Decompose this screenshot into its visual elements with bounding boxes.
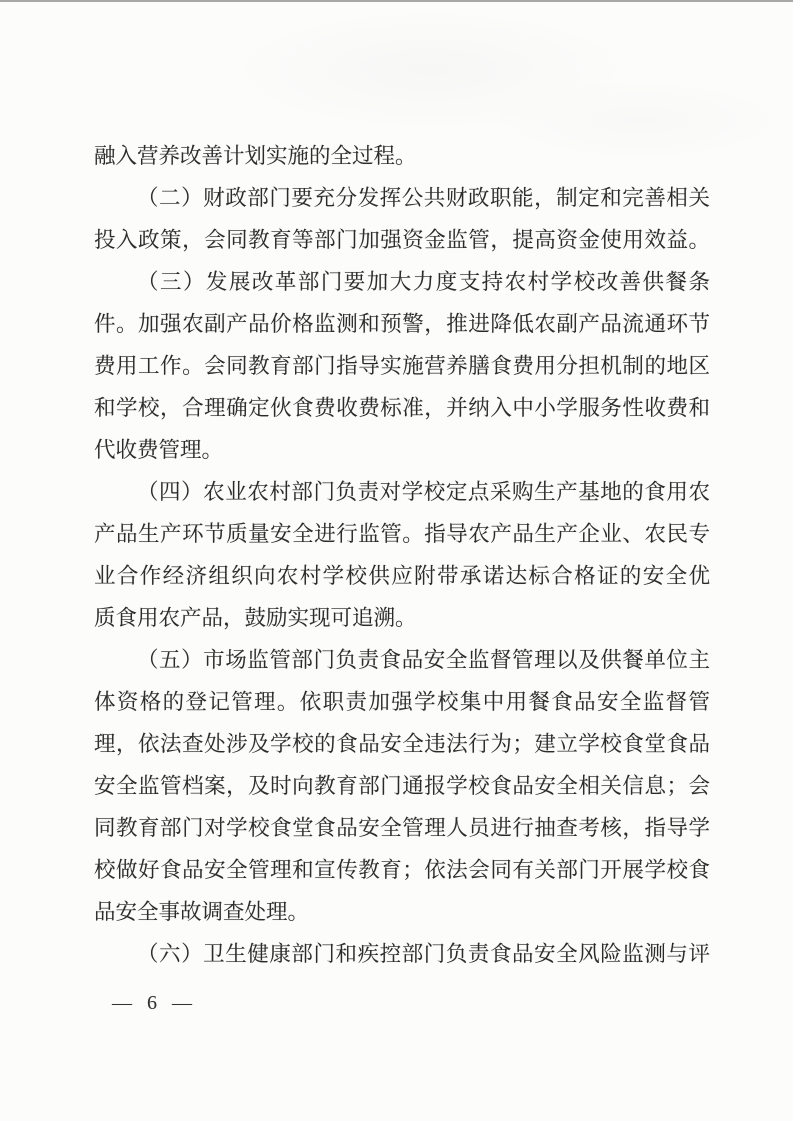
paragraph-item-5: （五）市场监管部门负责食品安全监督管理以及供餐单位主 体资格的登记管理。依职责加… — [94, 639, 710, 933]
text-line: 理，依法查处涉及学校的食品安全违法行为；建立学校食堂食品 — [94, 723, 710, 765]
text-line: 件。加强农副产品价格监测和预警，推进降低农副产品流通环节 — [94, 303, 710, 345]
text-line: 质食用农产品，鼓励实现可追溯。 — [94, 597, 710, 639]
text-line: 安全监管档案，及时向教育部门通报学校食品安全相关信息；会 — [94, 765, 710, 807]
text-line: 产品生产环节质量安全进行监管。指导农产品生产企业、农民专 — [94, 513, 710, 555]
text-line: 融入营养改善计划实施的全过程。 — [94, 135, 710, 177]
text-line: 代收费管理。 — [94, 429, 710, 471]
text-line: 校做好食品安全管理和宣传教育；依法会同有关部门开展学校食 — [94, 849, 710, 891]
text-line: （四）农业农村部门负责对学校定点采购生产基地的食用农 — [94, 471, 710, 513]
paragraph-item-4: （四）农业农村部门负责对学校定点采购生产基地的食用农 产品生产环节质量安全进行监… — [94, 471, 710, 639]
text-line: 投入政策，会同教育等部门加强资金监管，提高资金使用效益。 — [94, 219, 710, 261]
text-line: （三）发展改革部门要加大力度支持农村学校改善供餐条 — [94, 261, 710, 303]
text-line: 同教育部门对学校食堂食品安全管理人员进行抽查考核，指导学 — [94, 807, 710, 849]
text-line: 品安全事故调查处理。 — [94, 891, 710, 933]
document-body: 融入营养改善计划实施的全过程。 （二）财政部门要充分发挥公共财政职能，制定和完善… — [94, 135, 710, 975]
text-line: （六）卫生健康部门和疾控部门负责食品安全风险监测与评 — [94, 933, 710, 975]
text-line: 体资格的登记管理。依职责加强学校集中用餐食品安全监督管 — [94, 681, 710, 723]
paragraph-continuation: 融入营养改善计划实施的全过程。 — [94, 135, 710, 177]
paragraph-item-6: （六）卫生健康部门和疾控部门负责食品安全风险监测与评 — [94, 933, 710, 975]
text-line: 和学校，合理确定伙食费收费标准，并纳入中小学服务性收费和 — [94, 387, 710, 429]
text-line: （二）财政部门要充分发挥公共财政职能，制定和完善相关 — [94, 177, 710, 219]
text-line: 业合作经济组织向农村学校供应附带承诺达标合格证的安全优 — [94, 555, 710, 597]
paragraph-item-3: （三）发展改革部门要加大力度支持农村学校改善供餐条 件。加强农副产品价格监测和预… — [94, 261, 710, 471]
paragraph-item-2: （二）财政部门要充分发挥公共财政职能，制定和完善相关 投入政策，会同教育等部门加… — [94, 177, 710, 261]
page-number: — 6 — — [112, 992, 197, 1015]
text-line: （五）市场监管部门负责食品安全监督管理以及供餐单位主 — [94, 639, 710, 681]
text-line: 费用工作。会同教育部门指导实施营养膳食费用分担机制的地区 — [94, 345, 710, 387]
scan-edge-line — [0, 0, 793, 2]
